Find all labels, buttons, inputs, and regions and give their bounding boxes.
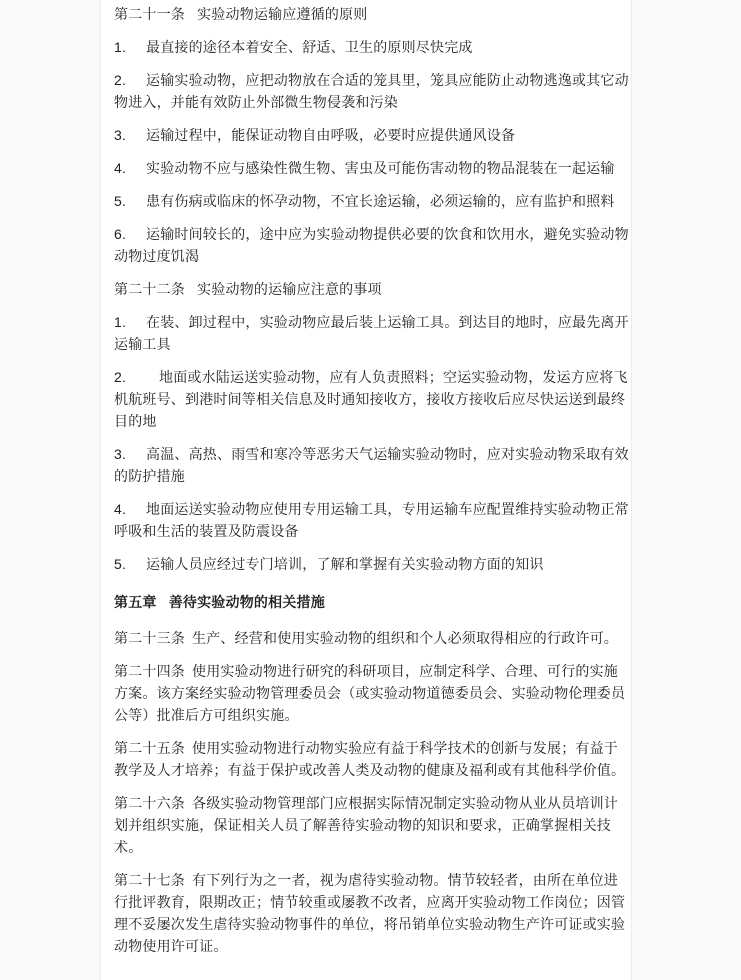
article-26-text: 各级实验动物管理部门应根据实际情况制定实验动物从业从员培训计划并组织实施，保证相… <box>114 795 618 855</box>
article-25-paragraph: 第二十五条使用实验动物进行动物实验应有益于科学技术的创新与发展；有益于教学及人才… <box>114 737 629 781</box>
item-text: 高温、高热、雨雪和寒冷等恶劣天气运输实验动物时，应对实验动物采取有效的防护措施 <box>114 446 629 484</box>
item-number: 3. <box>114 124 146 146</box>
item-text: 在装、卸过程中，实验动物应最后装上运输工具。到达目的地时，应最先离开运输工具 <box>114 314 629 352</box>
item-number: 6. <box>114 223 146 245</box>
item-number: 5. <box>114 553 146 575</box>
article-21-title: 实验动物运输应遵循的原则 <box>197 6 367 22</box>
article-22-heading: 第二十二条 实验动物的运输应注意的事项 <box>114 278 629 300</box>
article-24-paragraph: 第二十四条使用实验动物进行研究的科研项目，应制定科学、合理、可行的实施方案。该方… <box>114 660 629 726</box>
item-number: 1. <box>114 311 146 333</box>
item-text: 运输过程中，能保证动物自由呼吸，必要时应提供通风设备 <box>146 127 515 143</box>
article-21-label: 第二十一条 <box>114 6 185 22</box>
list-item: 2.地面或水陆运送实验动物，应有人负责照料；空运实验动物，发运方应将飞机航班号、… <box>114 366 629 432</box>
item-text: 最直接的途径本着安全、舒适、卫生的原则尽快完成 <box>146 39 473 55</box>
item-number: 5. <box>114 190 146 212</box>
chapter-5-title: 善待实验动物的相关措施 <box>169 594 325 610</box>
list-item: 3.运输过程中，能保证动物自由呼吸，必要时应提供通风设备 <box>114 124 629 146</box>
item-text: 运输时间较长的，途中应为实验动物提供必要的饮食和饮用水，避免实验动物动物过度饥渴 <box>114 226 629 264</box>
item-text: 运输实验动物，应把动物放在合适的笼具里，笼具应能防止动物逃逸或其它动物进入，并能… <box>114 72 629 110</box>
article-24-text: 使用实验动物进行研究的科研项目，应制定科学、合理、可行的实施方案。该方案经实验动… <box>114 663 625 723</box>
article-22-label: 第二十二条 <box>114 281 185 297</box>
article-26-label: 第二十六条 <box>114 795 185 811</box>
list-item: 1.在装、卸过程中，实验动物应最后装上运输工具。到达目的地时，应最先离开运输工具 <box>114 311 629 355</box>
item-number: 4. <box>114 498 146 520</box>
list-item: 3.高温、高热、雨雪和寒冷等恶劣天气运输实验动物时，应对实验动物采取有效的防护措… <box>114 443 629 487</box>
item-number: 2. <box>114 366 159 388</box>
article-23-paragraph: 第二十三条生产、经营和使用实验动物的组织和个人必须取得相应的行政许可。 <box>114 627 629 649</box>
article-25-text: 使用实验动物进行动物实验应有益于科学技术的创新与发展；有益于教学及人才培养；有益… <box>114 740 625 778</box>
item-number: 3. <box>114 443 146 465</box>
list-item: 5.患有伤病或临床的怀孕动物，不宜长途运输，必须运输的，应有监护和照料 <box>114 190 629 212</box>
list-item: 4.地面运送实验动物应使用专用运输工具，专用运输车应配置维持实验动物正常呼吸和生… <box>114 498 629 542</box>
list-item: 2.运输实验动物，应把动物放在合适的笼具里，笼具应能防止动物逃逸或其它动物进入，… <box>114 69 629 113</box>
document-page: 第二十一条 实验动物运输应遵循的原则 1.最直接的途径本着安全、舒适、卫生的原则… <box>100 0 632 869</box>
item-text: 地面或水陆运送实验动物，应有人负责照料；空运实验动物，发运方应将飞机航班号、到港… <box>114 369 628 429</box>
article-25-label: 第二十五条 <box>114 740 185 756</box>
list-item: 1.最直接的途径本着安全、舒适、卫生的原则尽快完成 <box>114 36 629 58</box>
item-number: 1. <box>114 36 146 58</box>
item-number: 4. <box>114 157 146 179</box>
list-item: 5.运输人员应经过专门培训，了解和掌握有关实验动物方面的知识 <box>114 553 629 575</box>
chapter-5-label: 第五章 <box>114 594 157 610</box>
article-26-paragraph: 第二十六条各级实验动物管理部门应根据实际情况制定实验动物从业从员培训计划并组织实… <box>114 792 629 858</box>
item-text: 患有伤病或临床的怀孕动物，不宜长途运输，必须运输的，应有监护和照料 <box>146 193 615 209</box>
document-content: 第二十一条 实验动物运输应遵循的原则 1.最直接的途径本着安全、舒适、卫生的原则… <box>101 0 631 869</box>
item-number: 2. <box>114 69 146 91</box>
article-21-heading: 第二十一条 实验动物运输应遵循的原则 <box>114 3 629 25</box>
item-text: 实验动物不应与感染性微生物、害虫及可能伤害动物的物品混装在一起运输 <box>146 160 615 176</box>
item-text: 运输人员应经过专门培训，了解和掌握有关实验动物方面的知识 <box>146 556 544 572</box>
article-24-label: 第二十四条 <box>114 663 185 679</box>
article-22-title: 实验动物的运输应注意的事项 <box>197 281 382 297</box>
chapter-5-heading: 第五章 善待实验动物的相关措施 <box>114 591 629 613</box>
list-item: 4.实验动物不应与感染性微生物、害虫及可能伤害动物的物品混装在一起运输 <box>114 157 629 179</box>
article-23-text: 生产、经营和使用实验动物的组织和个人必须取得相应的行政许可。 <box>192 630 618 646</box>
list-item: 6.运输时间较长的，途中应为实验动物提供必要的饮食和饮用水，避免实验动物动物过度… <box>114 223 629 267</box>
item-text: 地面运送实验动物应使用专用运输工具，专用运输车应配置维持实验动物正常呼吸和生活的… <box>114 501 629 539</box>
article-23-label: 第二十三条 <box>114 630 185 646</box>
